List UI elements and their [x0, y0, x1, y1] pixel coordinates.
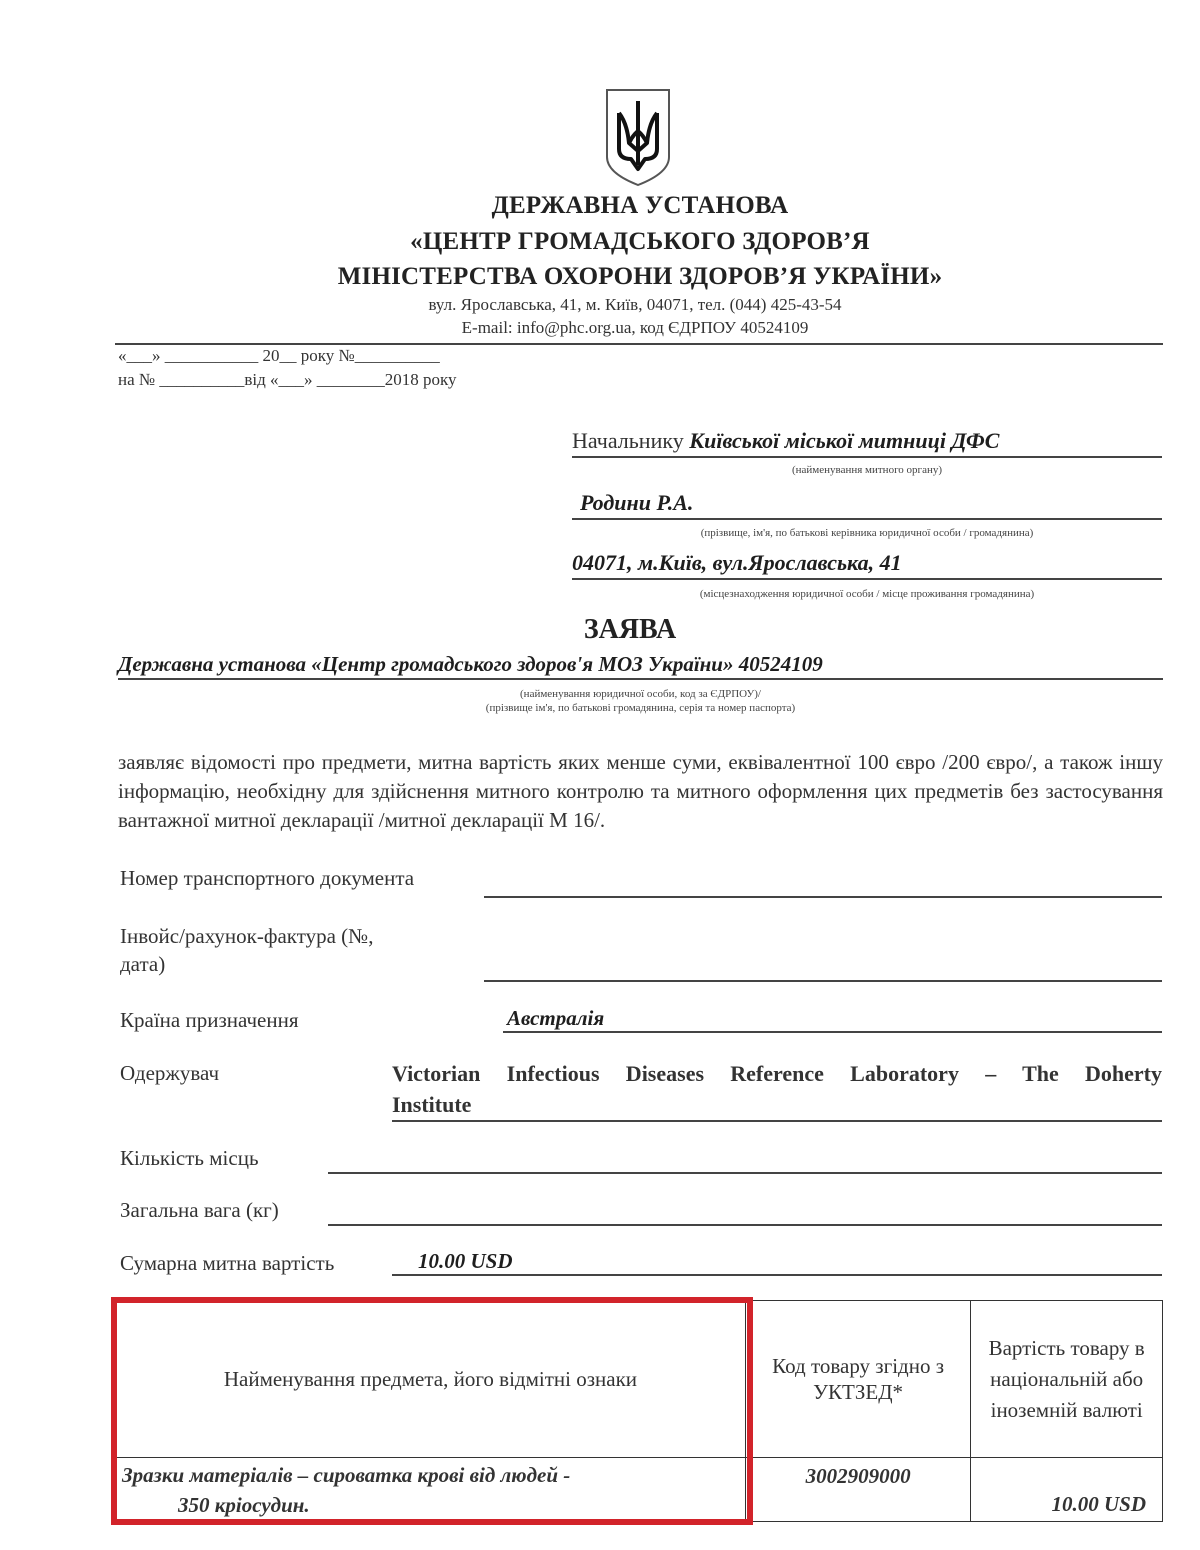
weight-label: Загальна вага (кг) — [120, 1198, 279, 1223]
statement-title: ЗАЯВА — [530, 614, 730, 646]
item-code-cell: 3002909000 — [745, 1458, 970, 1522]
addressee-head-name: Родини Р.А. — [572, 490, 1162, 520]
header-item-name: Найменування предмета, його відмітні озн… — [116, 1301, 746, 1458]
addressee-location-row: 04071, м.Київ, вул.Ярославська, 41 — [572, 550, 1162, 580]
item-name-line-2: 350 кріосудин. — [122, 1490, 739, 1520]
weight-field[interactable] — [328, 1202, 1162, 1226]
addressee-head-row: Родини Р.А. — [572, 490, 1162, 520]
goods-table: Найменування предмета, його відмітні озн… — [115, 1300, 1163, 1522]
org-title-line-1: ДЕРЖАВНА УСТАНОВА — [0, 192, 1200, 220]
addressee-prefix: Начальнику — [572, 428, 684, 453]
applicant-caption-2: (прізвище ім'я, по батькові громадянина,… — [118, 702, 1163, 714]
location-caption: (місцезнаходження юридичної особи / місц… — [572, 588, 1162, 600]
authority-caption: (найменування митного органу) — [572, 464, 1162, 476]
tryzub-coat-of-arms-icon — [603, 87, 673, 187]
total-value-label: Сумарна митна вартість — [120, 1251, 334, 1276]
header-divider — [115, 343, 1163, 345]
addressee-location: 04071, м.Київ, вул.Ярославська, 41 — [572, 550, 1162, 580]
table-row: Зразки матеріалів – сироватка крові від … — [116, 1458, 1163, 1522]
addressee-authority: Київської міської митниці ДФС — [689, 428, 999, 453]
addressee-authority-row: Начальнику Київської міської митниці ДФС — [572, 428, 1162, 458]
item-name-cell: Зразки матеріалів – сироватка крові від … — [116, 1458, 746, 1522]
applicant-caption-1: (найменування юридичної особи, код за ЄД… — [118, 688, 1163, 700]
header-item-value: Вартість товару в національній або інозе… — [971, 1301, 1163, 1458]
org-address: вул. Ярославська, 41, м. Київ, 04071, те… — [0, 295, 1200, 315]
org-title-line-2: «ЦЕНТР ГРОМАДСЬКОГО ЗДОРОВ’Я — [0, 228, 1200, 256]
invoice-label-line-2: дата) — [120, 952, 165, 977]
transport-doc-label: Номер транспортного документа — [120, 866, 414, 891]
item-name-line-1: Зразки матеріалів – сироватка крові від … — [122, 1460, 739, 1490]
recipient-field[interactable]: Victorian Infectious Diseases Reference … — [392, 1058, 1162, 1122]
org-contacts: E-mail: info@phc.org.ua, код ЄДРПОУ 4052… — [0, 318, 1200, 338]
recipient-label: Одержувач — [120, 1061, 219, 1086]
invoice-field[interactable] — [484, 958, 1162, 982]
places-label: Кількість місць — [120, 1146, 259, 1171]
org-title-line-3: МІНІСТЕРСТВА ОХОРОНИ ЗДОРОВ’Я УКРАЇНИ» — [0, 263, 1200, 291]
applicant-row: Державна установа «Центр громадського зд… — [118, 652, 1163, 680]
recipient-value-line-2: Institute — [392, 1089, 1162, 1122]
head-caption: (прізвище, ім'я, по батькові керівника ю… — [572, 527, 1162, 539]
country-field[interactable]: Австралія — [503, 1006, 1162, 1033]
transport-doc-field[interactable] — [484, 874, 1162, 898]
statement-body: заявляє відомості про предмети, митна ва… — [118, 748, 1163, 835]
goods-table-header-row: Найменування предмета, його відмітні озн… — [116, 1301, 1163, 1458]
header-item-code: Код товару згідно з УКТЗЕД* — [745, 1301, 970, 1458]
country-label: Країна призначення — [120, 1008, 298, 1033]
item-value-cell: 10.00 USD — [971, 1458, 1163, 1522]
places-field[interactable] — [328, 1150, 1162, 1174]
incoming-ref-line: на № __________від «___» ________2018 ро… — [118, 370, 457, 390]
outgoing-ref-line: «___» ___________ 20__ року №__________ — [118, 346, 440, 366]
applicant-name: Державна установа «Центр громадського зд… — [118, 652, 1163, 680]
total-value-field[interactable]: 10.00 USD — [392, 1249, 1162, 1276]
invoice-label-line-1: Інвойс/рахунок-фактура (№, — [120, 924, 373, 949]
recipient-value-line-1: Victorian Infectious Diseases Reference … — [392, 1058, 1162, 1089]
